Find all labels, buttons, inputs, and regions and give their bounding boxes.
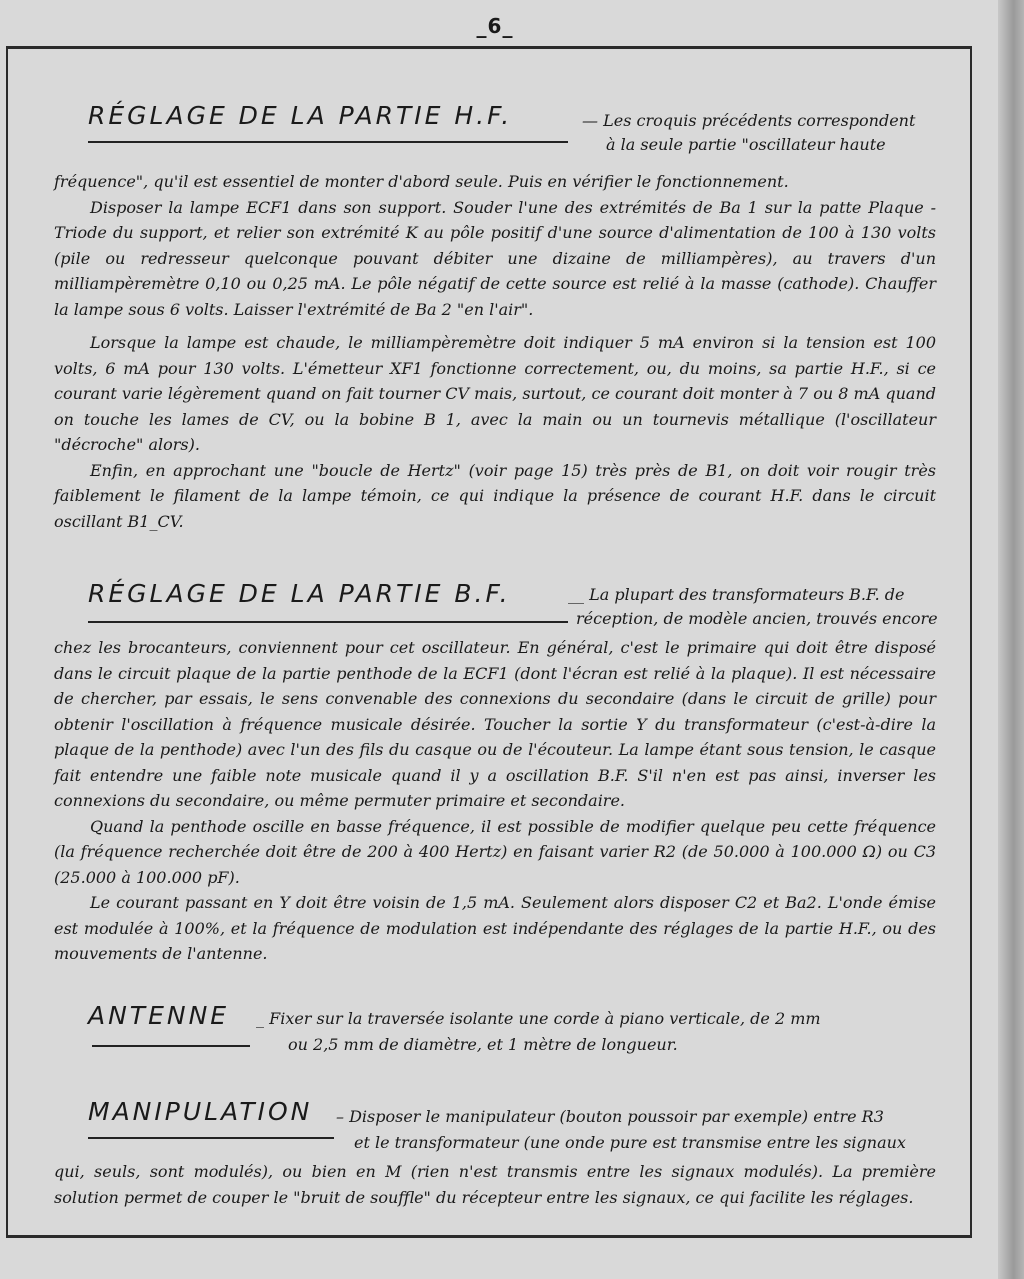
section-heading: MANIPULATION bbox=[88, 1097, 312, 1126]
section-heading: RÉGLAGE DE LA PARTIE B.F. bbox=[88, 579, 511, 608]
heading-underline bbox=[88, 1137, 334, 1139]
intro-line-1: _ Fixer sur la traversée isolante une co… bbox=[256, 1005, 821, 1032]
paragraph: Le courant passant en Y doit être voisin… bbox=[54, 890, 936, 967]
section-reglage-bf: RÉGLAGE DE LA PARTIE B.F. __ La plupart … bbox=[8, 579, 970, 967]
intro-line-2: à la seule partie "oscillateur haute bbox=[606, 131, 886, 158]
section-antenne: ANTENNE _ Fixer sur la traversée isolant… bbox=[8, 1001, 970, 1061]
intro-line-1: __ La plupart des transformateurs B.F. d… bbox=[568, 581, 905, 608]
paragraph: fréquence", qu'il est essentiel de monte… bbox=[54, 169, 936, 195]
section-heading: ANTENNE bbox=[88, 1001, 229, 1030]
intro-line-1: — Les croquis précédents correspondent bbox=[582, 107, 915, 134]
paragraph: Quand la penthode oscille en basse fréqu… bbox=[54, 814, 936, 891]
heading-underline bbox=[88, 621, 568, 623]
page-frame: RÉGLAGE DE LA PARTIE H.F. — Les croquis … bbox=[6, 46, 972, 1238]
section-manipulation: MANIPULATION – Disposer le manipulateur … bbox=[8, 1097, 970, 1210]
section-heading: RÉGLAGE DE LA PARTIE H.F. bbox=[88, 101, 512, 130]
intro-line-2: ou 2,5 mm de diamètre, et 1 mètre de lon… bbox=[288, 1031, 678, 1058]
section-reglage-hf: RÉGLAGE DE LA PARTIE H.F. — Les croquis … bbox=[8, 101, 970, 534]
heading-underline bbox=[88, 141, 568, 143]
paragraph: Lorsque la lampe est chaude, le milliamp… bbox=[54, 330, 936, 458]
intro-line-2: et le transformateur (une onde pure est … bbox=[354, 1129, 906, 1156]
intro-line-2: réception, de modèle ancien, trouvés enc… bbox=[576, 605, 938, 632]
paragraph: Enfin, en approchant une "boucle de Hert… bbox=[54, 458, 936, 535]
paragraph: qui, seuls, sont modulés), ou bien en M … bbox=[54, 1159, 936, 1210]
paragraph: chez les brocanteurs, conviennent pour c… bbox=[54, 635, 936, 814]
intro-line-1: – Disposer le manipulateur (bouton pouss… bbox=[336, 1103, 884, 1130]
page-number: _6_ bbox=[0, 14, 990, 38]
heading-underline bbox=[92, 1045, 250, 1047]
paragraph: Disposer la lampe ECF1 dans son support.… bbox=[54, 195, 936, 323]
page-edge-shadow bbox=[998, 0, 1024, 1279]
